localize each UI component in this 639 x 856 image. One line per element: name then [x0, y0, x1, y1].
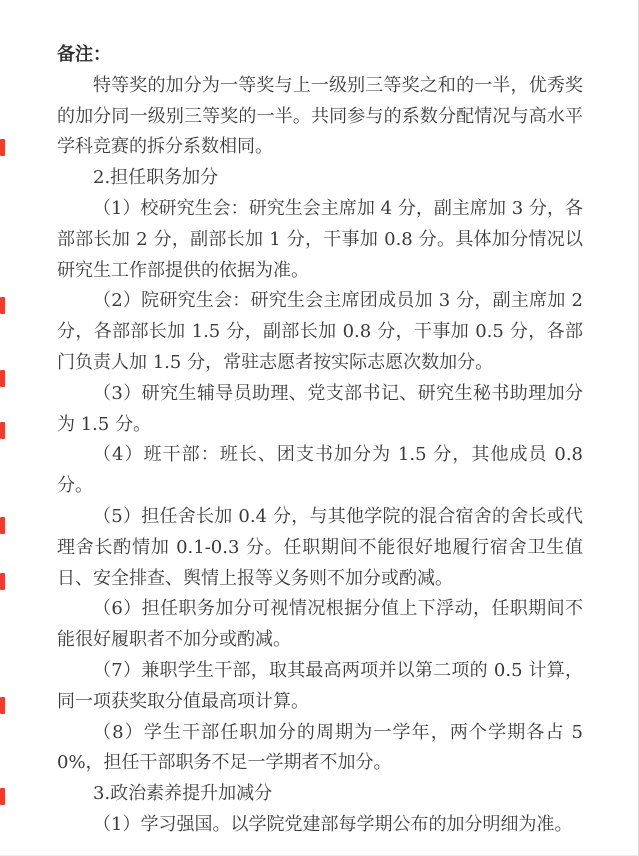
- paragraph: （2）院研究生会：研究生会主席团成员加 3 分，副主席加 2 分，各部部长加 1…: [57, 286, 583, 378]
- red-edge-mark: [0, 139, 5, 156]
- red-edge-mark: [0, 573, 5, 590]
- paragraph: （7）兼职学生干部，取其最高两项并以第二项的 0.5 计算，同一项获奖取分值最高…: [57, 656, 583, 718]
- paragraph: （4）班干部：班长、团支书加分为 1.5 分，其他成员 0.8 分。: [57, 440, 583, 502]
- paragraph: （1）学习强国。以学院党建部每学期公布的加分明细为准。: [57, 810, 583, 841]
- paragraph: （8）学生干部任职加分的周期为一学年，两个学期各占 50%，担任干部职务不足一学…: [57, 718, 583, 780]
- paragraph: 3.政治素养提升加减分: [57, 779, 583, 810]
- paragraph: 特等奖的加分为一等奖与上一级别三等奖之和的一半，优秀奖的加分同一级别三等奖的一半…: [57, 71, 583, 163]
- paragraph: （6）担任职务加分可视情况根据分值上下浮动，任职期间不能很好履职者不加分或酌减。: [57, 594, 583, 656]
- paragraph: （3）研究生辅导员助理、党支部书记、研究生秘书助理加分为 1.5 分。: [57, 379, 583, 441]
- red-edge-mark: [0, 370, 5, 387]
- red-edge-mark: [0, 422, 5, 439]
- paragraph: （5）担任舍长加 0.4 分，与其他学院的混合宿舍的舍长或代理舍长酌情加 0.1…: [57, 502, 583, 594]
- red-edge-mark: [0, 788, 5, 805]
- red-edge-mark: [0, 297, 5, 314]
- notes-heading: 备注：: [57, 40, 583, 71]
- document-page: 备注： 特等奖的加分为一等奖与上一级别三等奖之和的一半，优秀奖的加分同一级别三等…: [0, 0, 639, 856]
- red-edge-mark: [0, 517, 5, 534]
- paragraph-list: 特等奖的加分为一等奖与上一级别三等奖之和的一半，优秀奖的加分同一级别三等奖的一半…: [57, 71, 583, 841]
- document-content: 备注： 特等奖的加分为一等奖与上一级别三等奖之和的一半，优秀奖的加分同一级别三等…: [57, 40, 583, 841]
- paragraph: （1）校研究生会：研究生会主席加 4 分，副主席加 3 分，各部部长加 2 分，…: [57, 194, 583, 286]
- red-edge-mark: [0, 697, 5, 714]
- paragraph: 2.担任职务加分: [57, 163, 583, 194]
